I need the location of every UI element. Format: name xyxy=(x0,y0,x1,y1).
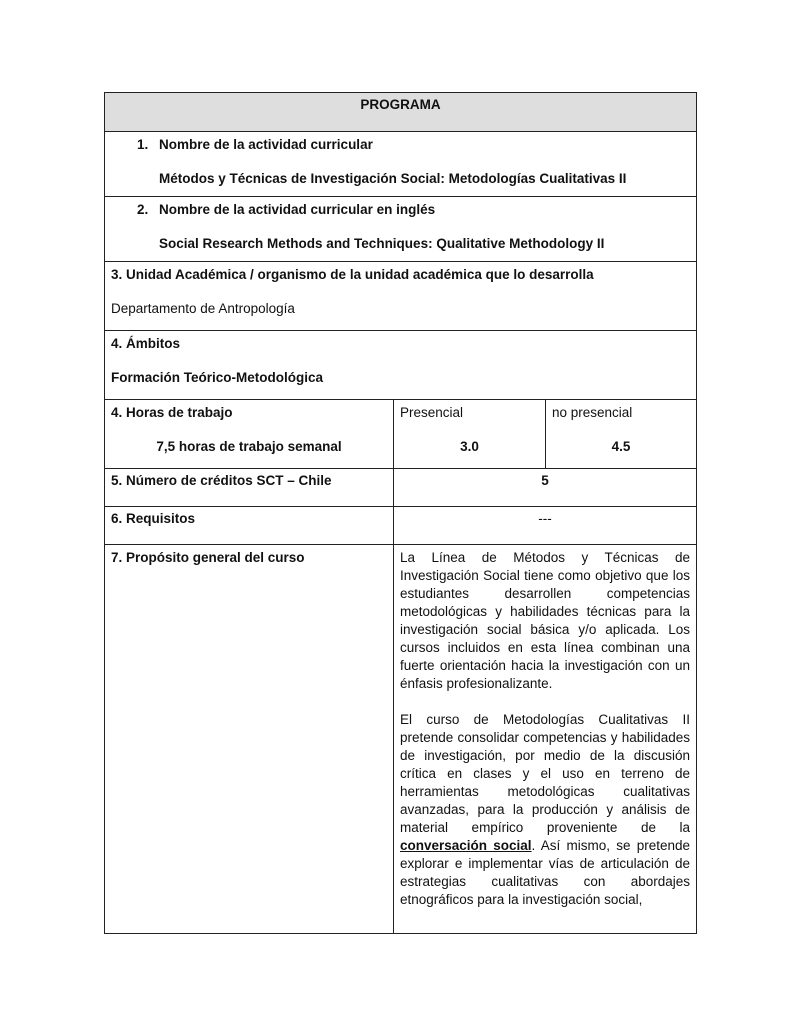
section-1-row: 1.Nombre de la actividad curricular Méto… xyxy=(105,132,697,197)
section-3-value: Departamento de Antropología xyxy=(111,300,690,318)
requirements-row: 6. Requisitos --- xyxy=(105,507,697,545)
purpose-text-block: La Línea de Métodos y Técnicas de Invest… xyxy=(400,549,690,933)
section-3-label: 3. Unidad Académica / organismo de la un… xyxy=(111,266,690,284)
purpose-paragraph-2: El curso de Metodologías Cualitativas II… xyxy=(400,711,690,909)
section-2-label: 2.Nombre de la actividad curricular en i… xyxy=(111,201,690,219)
section-2-number: 2. xyxy=(137,201,159,219)
purpose-paragraph-2-start: El curso de Metodologías Cualitativas II… xyxy=(400,712,690,835)
requirements-label: 6. Requisitos xyxy=(105,507,394,545)
no-presencial-cell: no presencial 4.5 xyxy=(546,400,697,469)
purpose-paragraph-1: La Línea de Métodos y Técnicas de Invest… xyxy=(400,549,690,693)
program-table: PROGRAMA 1.Nombre de la actividad curric… xyxy=(104,92,697,934)
program-header: PROGRAMA xyxy=(105,93,697,132)
section-2-row: 2.Nombre de la actividad curricular en i… xyxy=(105,197,697,262)
requirements-value: --- xyxy=(394,507,697,545)
header-row: PROGRAMA xyxy=(105,93,697,132)
purpose-emphasis: conversación social xyxy=(400,838,532,853)
presencial-cell: Presencial 3.0 xyxy=(394,400,546,469)
hours-row: 4. Horas de trabajo 7,5 horas de trabajo… xyxy=(105,400,697,469)
no-presencial-label: no presencial xyxy=(552,404,690,422)
section-3-row: 3. Unidad Académica / organismo de la un… xyxy=(105,262,697,331)
section-4-label: 4. Ámbitos xyxy=(111,335,690,353)
section-4-row: 4. Ámbitos Formación Teórico-Metodológic… xyxy=(105,331,697,400)
section-4-value: Formación Teórico-Metodológica xyxy=(111,369,690,387)
section-3-cell: 3. Unidad Académica / organismo de la un… xyxy=(105,262,697,331)
section-1-label-text: Nombre de la actividad curricular xyxy=(159,137,373,152)
purpose-label: 7. Propósito general del curso xyxy=(105,545,394,934)
hours-cell: 4. Horas de trabajo 7,5 horas de trabajo… xyxy=(105,400,394,469)
presencial-label: Presencial xyxy=(400,404,539,422)
purpose-row: 7. Propósito general del curso La Línea … xyxy=(105,545,697,934)
section-1-label: 1.Nombre de la actividad curricular xyxy=(111,136,690,154)
hours-label: 4. Horas de trabajo xyxy=(111,404,387,422)
credits-label: 5. Número de créditos SCT – Chile xyxy=(105,469,394,507)
section-2-label-text: Nombre de la actividad curricular en ing… xyxy=(159,202,435,217)
section-1-value: Métodos y Técnicas de Investigación Soci… xyxy=(111,170,690,188)
program-document: PROGRAMA 1.Nombre de la actividad curric… xyxy=(104,92,696,934)
no-presencial-value: 4.5 xyxy=(552,438,690,456)
section-1-number: 1. xyxy=(137,136,159,154)
section-2-cell: 2.Nombre de la actividad curricular en i… xyxy=(105,197,697,262)
section-1-cell: 1.Nombre de la actividad curricular Méto… xyxy=(105,132,697,197)
credits-row: 5. Número de créditos SCT – Chile 5 xyxy=(105,469,697,507)
hours-value: 7,5 horas de trabajo semanal xyxy=(111,438,387,456)
purpose-cell: La Línea de Métodos y Técnicas de Invest… xyxy=(394,545,697,934)
section-2-value: Social Research Methods and Techniques: … xyxy=(111,235,690,253)
credits-value: 5 xyxy=(394,469,697,507)
presencial-value: 3.0 xyxy=(400,438,539,456)
section-4-cell: 4. Ámbitos Formación Teórico-Metodológic… xyxy=(105,331,697,400)
